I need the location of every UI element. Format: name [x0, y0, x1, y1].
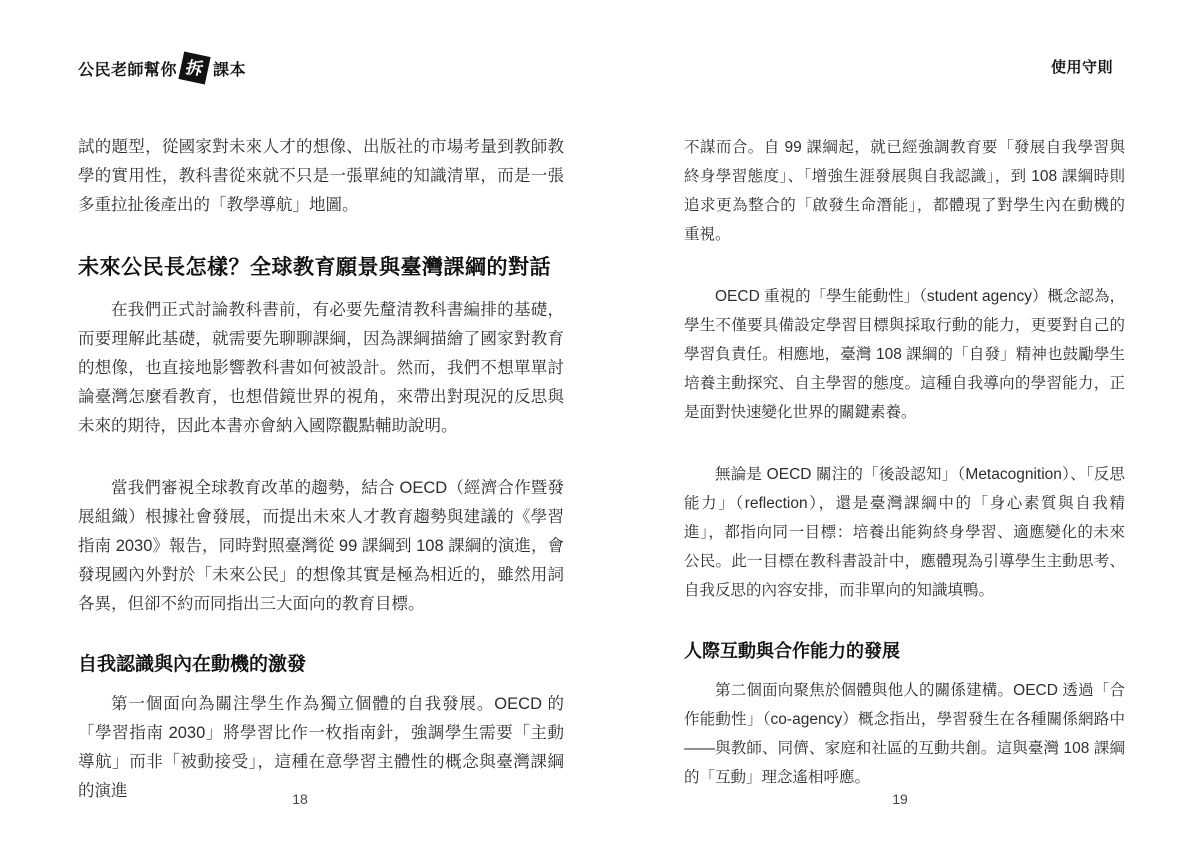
right-running-header: 使用守則: [1051, 56, 1113, 77]
book-spread: 公民老師幫你 拆 課本 試的題型，從國家對未來人才的想像、出版社的市場考量到教師…: [0, 0, 1200, 850]
left-running-header: 公民老師幫你 拆 課本: [78, 54, 246, 82]
section-heading: 未來公民長怎樣？全球教育願景與臺灣課綱的對話: [78, 253, 564, 283]
left-page-number: 18: [0, 791, 600, 807]
running-header-title-suffix: 課本: [213, 57, 246, 80]
paragraph: 無論是 OECD 關注的「後設認知」（Metacognition）、「反思能力」…: [684, 460, 1125, 605]
running-header-section-title: 使用守則: [1051, 56, 1113, 77]
paragraph-continued: 不謀而合。自 99 課綱起，就已經強調教育要「發展自我學習與終身學習態度」、「增…: [684, 133, 1125, 249]
paragraph-continued: 試的題型，從國家對未來人才的想像、出版社的市場考量到教師教學的實用性，教科書從來…: [78, 133, 564, 220]
paragraph: 第二個面向聚焦於個體與他人的關係建構。OECD 透過「合作能動性」（co-age…: [684, 676, 1125, 792]
tear-badge-character: 拆: [184, 59, 206, 77]
page-right: 使用守則 不謀而合。自 99 課綱起，就已經強調教育要「發展自我學習與終身學習態…: [600, 0, 1200, 850]
paragraph: 第一個面向為關注學生作為獨立個體的自我發展。OECD 的「學習指南 2030」將…: [78, 690, 564, 806]
right-text-column: 不謀而合。自 99 課綱起，就已經強調教育要「發展自我學習與終身學習態度」、「增…: [684, 133, 1125, 792]
subsection-heading: 自我認識與內在動機的激發: [78, 652, 564, 678]
page-left: 公民老師幫你 拆 課本 試的題型，從國家對未來人才的想像、出版社的市場考量到教師…: [0, 0, 600, 850]
running-header-title-prefix: 公民老師幫你: [78, 57, 177, 80]
paragraph: 當我們審視全球教育改革的趨勢，結合 OECD（經濟合作暨發展組織）根據社會發展，…: [78, 474, 564, 619]
right-page-number: 19: [600, 791, 1200, 807]
subsection-heading: 人際互動與合作能力的發展: [684, 638, 1125, 664]
paragraph: 在我們正式討論教科書前，有必要先釐清教科書編排的基礎，而要理解此基礎，就需要先聊…: [78, 296, 564, 441]
left-text-column: 試的題型，從國家對未來人才的想像、出版社的市場考量到教師教學的實用性，教科書從來…: [78, 133, 564, 806]
tear-badge-icon: 拆: [178, 51, 210, 84]
paragraph: OECD 重視的「學生能動性」（student agency）概念認為，學生不僅…: [684, 282, 1125, 427]
